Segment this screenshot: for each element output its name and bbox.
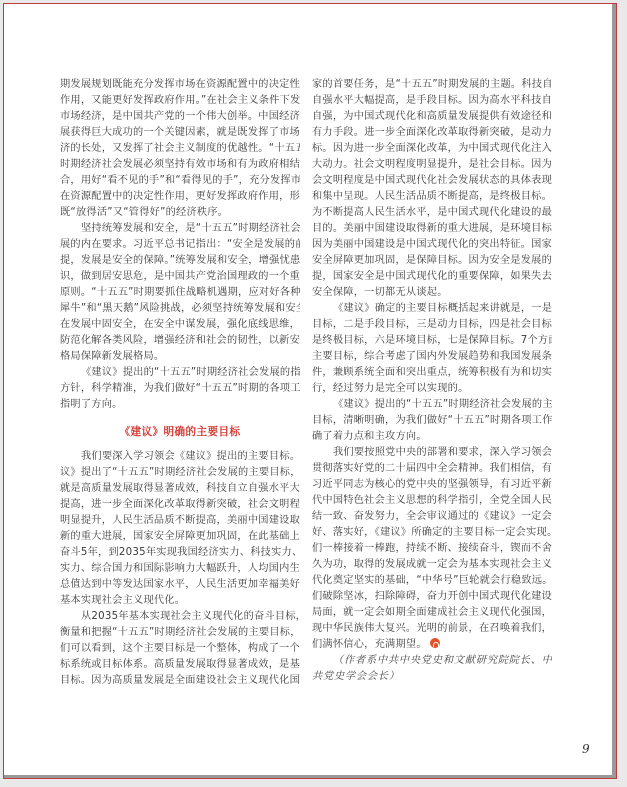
paragraph-goal-explanations: 家的首要任务，是“十五五”时期发展的主题。科技自立 自强水平大幅提高，是手段目标…: [312, 77, 552, 301]
paragraph-conclusion: 我们要按照党中央的部署和要求，深入学习领会和 贯彻落实好党的二十届四中全会精神。…: [312, 445, 552, 653]
text-line: 提，发展是安全的保障。”统筹发展和安全，增强忧患意: [60, 253, 300, 269]
magazine-page: 期发展规划既能充分发挥市场在资源配置中的决定性 作用，又能更好发挥政府作用。”在…: [3, 3, 617, 779]
text-line: 们一棒接着一棒跑，持续不断、接续奋斗，锲而不舍、久: [312, 541, 552, 557]
text-line: 《建议》提出的“十五五”时期经济社会发展的主要: [312, 397, 552, 413]
text-line: 《建议》确定的主要目标概括起来讲就是，一是基础: [312, 301, 552, 317]
text-line: 为不断提高人民生活水平，是中国式现代化建设的最终: [312, 205, 552, 221]
text-line: 在资源配置中的决定性作用，更好发挥政府作用，形成: [60, 189, 300, 205]
page-number: 9: [582, 742, 590, 756]
text-line: 代中国特色社会主义思想的科学指引，全党全国人民团: [312, 493, 552, 509]
text-line: 识，做到居安思危，是中国共产党治国理政的一个重大: [60, 269, 300, 285]
text-line: 期发展规划既能充分发挥市场在资源配置中的决定性: [60, 77, 300, 93]
text-line: 和集中呈现。人民生活品质不断提高，是终极目标。因: [312, 189, 552, 205]
text-line: 市场经济，是中国共产党的一个伟大创举。中国经济发: [60, 109, 300, 125]
byline-line: （作者系中共中央党史和文献研究院院长、中国中: [312, 653, 552, 669]
text-line: 行，经过努力是完全可以实现的。: [312, 381, 552, 397]
text-line: 习近平同志为核心的党中央的坚强领导，有习近平新时: [312, 477, 552, 493]
text-line: 合，用好“看不见的手”和“看得见的手”，充分发挥市场: [60, 173, 300, 189]
text-line: 代化奠定坚实的基础，“中华号”巨轮就会行稳致远。我: [312, 573, 552, 589]
left-column: 期发展规划既能充分发挥市场在资源配置中的决定性 作用，又能更好发挥政府作用。”在…: [60, 77, 300, 689]
author-byline: （作者系中共中央党史和文献研究院院长、中国中 共党史学会会长）: [312, 653, 552, 685]
text-line: 是终极目标，六是环境目标，七是保障目标。7个方面的: [312, 333, 552, 349]
text-line: 我们要按照党中央的部署和要求，深入学习领会和: [312, 445, 552, 461]
text-line: 目标，二是手段目标，三是动力目标，四是社会目标，五: [312, 317, 552, 333]
text-line: 时期经济社会发展必须坚持有效市场和有为政府相结: [60, 157, 300, 173]
text-line: 自强水平大幅提高，是手段目标。因为高水平科技自立: [312, 93, 552, 109]
text-line: 防范化解各类风险，增强经济和社会的韧性，以新安全: [60, 333, 300, 349]
text-line: 在发展中固安全，在安全中谋发展，强化底线思维，有效: [60, 317, 300, 333]
text-line: 原则。“十五五”时期要抓住战略机遇期，应对好各种“灰: [60, 285, 300, 301]
text-line: 指明了方向。: [60, 397, 300, 413]
text-line: 件，兼顾系统全面和突出重点，统筹积极有为和切实可: [312, 365, 552, 381]
text-line: 提，国家安全是中国式现代化的重要保障，如果失去了: [312, 269, 552, 285]
section-heading: 《建议》明确的主要目标: [60, 424, 300, 440]
paragraph-main-goals: 我们要深入学习领会《建议》提出的主要目标。《建 议》提出了“十五五”时期经济社会…: [60, 449, 300, 609]
text-line: 会文明程度是中国式现代化社会发展状态的具体表现: [312, 173, 552, 189]
text-line: 新的重大进展，国家安全屏障更加巩固，在此基础上再: [60, 529, 300, 545]
text-line: 标系统或目标体系。高质量发展取得显著成效，是基础: [60, 657, 300, 673]
text-line: 议》提出了“十五五”时期经济社会发展的主要目标，这: [60, 465, 300, 481]
text-line: 目的。美丽中国建设取得新的重大进展，是环境目标。: [312, 221, 552, 237]
text-line: 我们要深入学习领会《建议》提出的主要目标。《建: [60, 449, 300, 465]
text-line: 展获得巨大成功的一个关键因素，就是既发挥了市场经: [60, 125, 300, 141]
text-line: 们可以看到，这个主要目标是一个整体，构成了一个目: [60, 641, 300, 657]
text-line: 基本实现社会主义现代化。: [60, 593, 300, 609]
text-line: 展的内在要求。习近平总书记指出：“安全是发展的前: [60, 237, 300, 253]
text-line: 确了着力点和主攻方向。: [312, 429, 552, 445]
text-line: 结一致、奋发努力，全会审议通过的《建议》一定会实施: [312, 509, 552, 525]
text-line: 济的长处，又发挥了社会主义制度的优越性。“十五五”: [60, 141, 300, 157]
paragraph-market-economy: 期发展规划既能充分发挥市场在资源配置中的决定性 作用，又能更好发挥政府作用。”在…: [60, 77, 300, 221]
text-line: 们满怀信心，充满期望。: [312, 639, 427, 650]
text-line: 格局保障新发展格局。: [60, 349, 300, 365]
text-line: 目标，清晰明确，为我们做好“十五五”时期各项工作明: [312, 413, 552, 429]
text-line: 《建议》提出的“十五五”时期经济社会发展的指导: [60, 365, 300, 381]
text-line: 明显提升，人民生活品质不断提高，美丽中国建设取得: [60, 513, 300, 529]
text-line: 大动力。社会文明程度明显提升，是社会目标。因为社: [312, 157, 552, 173]
text-line: 现中华民族伟大复兴。光明的前景，在召唤着我们，我: [312, 621, 552, 637]
end-mark-icon: [430, 638, 440, 648]
text-line: 有力手段。进一步全面深化改革取得新突破，是动力目: [312, 125, 552, 141]
paragraph-focus-direction: 《建议》提出的“十五五”时期经济社会发展的主要 目标，清晰明确，为我们做好“十五…: [312, 397, 552, 445]
text-line: 家的首要任务，是“十五五”时期发展的主题。科技自立: [312, 77, 552, 93]
paragraph-seven-goals: 《建议》确定的主要目标概括起来讲就是，一是基础 目标，二是手段目标，三是动力目标…: [312, 301, 552, 397]
text-line: 方针，科学精准，为我们做好“十五五”时期的各项工作: [60, 381, 300, 397]
paragraph-development-security: 坚持统筹发展和安全，是“十五五”时期经济社会发 展的内在要求。习近平总书记指出：…: [60, 221, 300, 365]
text-line: 总值达到中等发达国家水平，人民生活更加幸福美好，: [60, 577, 300, 593]
text-line: 贯彻落实好党的二十届四中全会精神。我们相信，有以: [312, 461, 552, 477]
text-line: 目标。因为高质量发展是全面建设社会主义现代化国: [60, 673, 300, 689]
text-line: 从2035年基本实现社会主义现代化的奋斗目标，来: [60, 609, 300, 625]
text-line: 局面，就一定会如期全面建成社会主义现代化强国，实: [312, 605, 552, 621]
paragraph-goal-system: 从2035年基本实现社会主义现代化的奋斗目标，来 衡量和把握“十五五”时期经济社…: [60, 609, 300, 689]
byline-line: 共党史学会会长）: [312, 669, 552, 685]
text-line: 既“放得活”又“管得好”的经济秩序。: [60, 205, 300, 221]
text-line: 自强，为中国式现代化和高质量发展提供有效途径和强: [312, 109, 552, 125]
text-line: 标。因为进一步全面深化改革，为中国式现代化注入强: [312, 141, 552, 157]
text-line: 久为功，取得的发展成就一定会为基本实现社会主义现: [312, 557, 552, 573]
text-line: 就是高质量发展取得显著成效，科技自立自强水平大幅: [60, 481, 300, 497]
text-line: 们破除坚冰，扫除障碍，奋力开创中国式现代化建设新: [312, 589, 552, 605]
text-line: 安全保障，一切都无从谈起。: [312, 285, 552, 301]
text-line: 安全屏障更加巩固，是保障目标。因为安全是发展的前: [312, 253, 552, 269]
text-line: 衡量和把握“十五五”时期经济社会发展的主要目标，我: [60, 625, 300, 641]
text-line: 好、落实好，《建议》所确定的主要目标一定会实现。我: [312, 525, 552, 541]
text-line: 犀牛”和“黑天鹅”风险挑战，必须坚持统筹发展和安全，: [60, 301, 300, 317]
text-line: 作用，又能更好发挥政府作用。”在社会主义条件下发展: [60, 93, 300, 109]
paragraph-guiding-principle: 《建议》提出的“十五五”时期经济社会发展的指导 方针，科学精准，为我们做好“十五…: [60, 365, 300, 413]
text-line: 坚持统筹发展和安全，是“十五五”时期经济社会发: [60, 221, 300, 237]
text-line: 因为美丽中国建设是中国式现代化的突出特征。国家: [312, 237, 552, 253]
right-column: 家的首要任务，是“十五五”时期发展的主题。科技自立 自强水平大幅提高，是手段目标…: [312, 77, 552, 685]
text-line: 奋斗5年，到2035年实现我国经济实力、科技实力、国防: [60, 545, 300, 561]
text-line: 主要目标，综合考虑了国内外发展趋势和我国发展条: [312, 349, 552, 365]
text-line: 实力、综合国力和国际影响力大幅跃升，人均国内生产: [60, 561, 300, 577]
text-line-final: 们满怀信心，充满期望。: [312, 637, 552, 653]
text-line: 提高，进一步全面深化改革取得新突破，社会文明程度: [60, 497, 300, 513]
